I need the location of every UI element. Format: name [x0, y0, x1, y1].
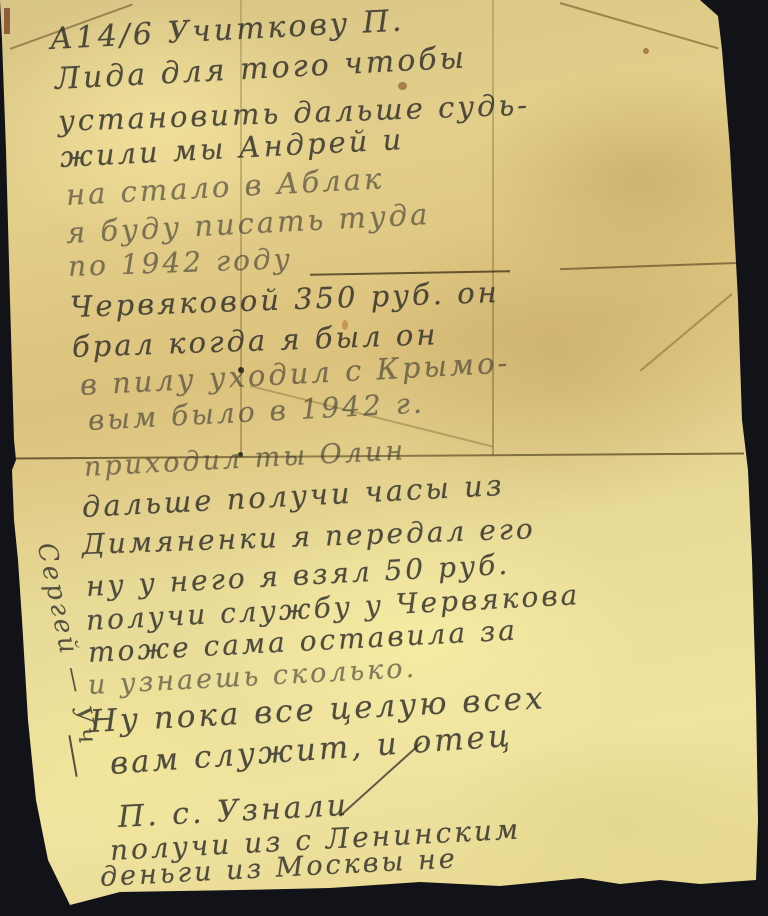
corner-fold-top-right: [560, 2, 719, 49]
scanned-letter-scene: А14/6 Учиткову П. Лида для того чтобы ус…: [0, 0, 768, 916]
corner-fold-mid-right: [640, 293, 733, 371]
ink-stain: [398, 82, 407, 90]
letter-line: по 1942 году: [67, 242, 293, 283]
crease-mid-right: [560, 262, 740, 270]
aged-paper-sheet: А14/6 Учиткову П. Лида для того чтобы ус…: [0, 0, 768, 916]
ink-stain: [643, 48, 649, 54]
edge-stain: [4, 8, 10, 34]
vertical-fold-right: [492, 0, 494, 455]
